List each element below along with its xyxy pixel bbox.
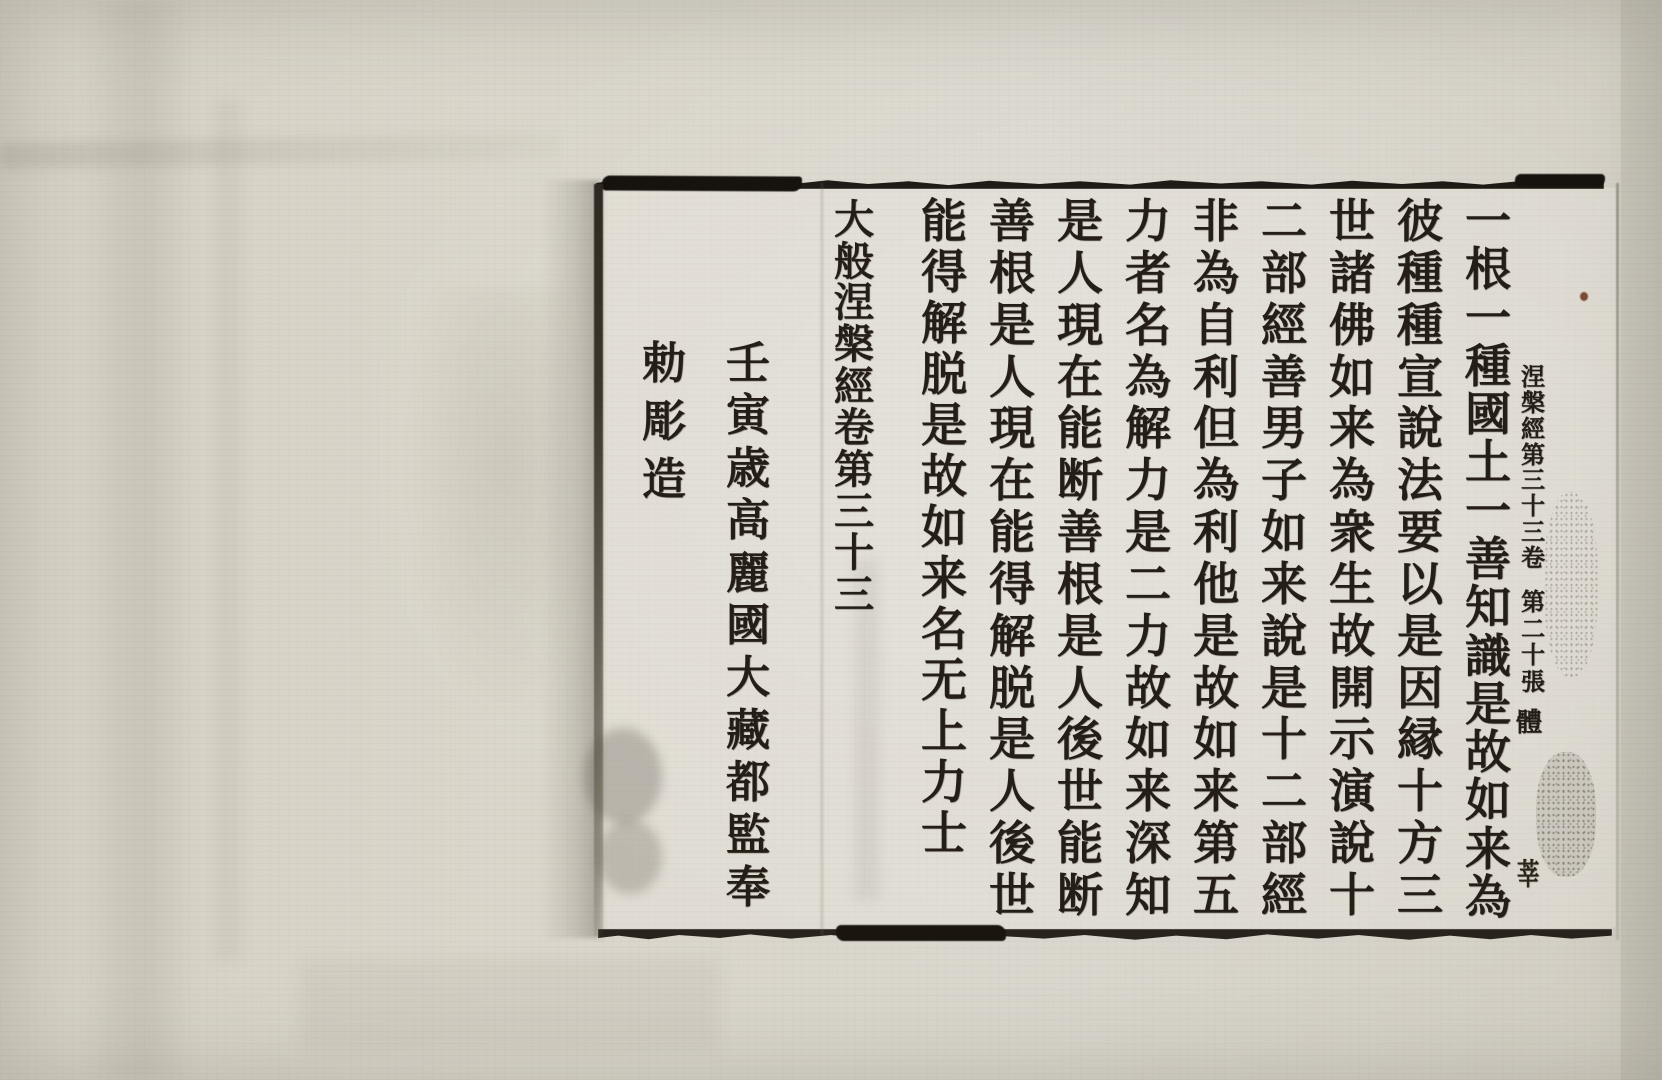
glyph: 涅 <box>834 283 874 323</box>
glyph: 槃 <box>834 325 874 365</box>
paper-stain <box>215 100 241 960</box>
glyph: 佛 <box>1329 302 1375 348</box>
glyph: 部 <box>1261 820 1307 866</box>
ink-smudge-blob <box>598 820 662 894</box>
glyph: 能 <box>1057 405 1103 451</box>
glyph: 二 <box>1125 561 1171 607</box>
glyph: 卷 <box>1521 546 1545 570</box>
backing-paper-strip <box>1621 0 1662 1080</box>
glyph: 士 <box>921 810 967 856</box>
text-column-8: 善根是人現在能得解脱是人後世 <box>986 198 1038 918</box>
scanned-paper-background: 涅槃經第三十三卷 第二十張 體 莘 一根一種國土一善知識是故如来為 彼種種宣說法… <box>0 0 1662 1080</box>
glyph: 是 <box>921 402 967 448</box>
glyph: 来 <box>1465 826 1511 872</box>
glyph: 一 <box>1465 295 1511 341</box>
text-column-7: 是人現在能断善根是人後世能断 <box>1054 198 1106 918</box>
glyph: 張 <box>1521 670 1545 694</box>
glyph: 人 <box>989 354 1035 400</box>
glyph: 宣 <box>1397 354 1443 400</box>
glyph: 根 <box>1057 561 1103 607</box>
glyph: 如 <box>1125 716 1171 762</box>
glyph: 演 <box>1329 768 1375 814</box>
glyph: 為 <box>1193 457 1239 503</box>
glyph: 五 <box>1193 872 1239 918</box>
glyph: 高 <box>726 499 770 543</box>
sheet-edge-line <box>1616 183 1619 940</box>
glyph: 第 <box>1521 443 1545 467</box>
glyph: 都 <box>726 761 770 805</box>
glyph: 力 <box>1125 198 1171 244</box>
glyph: 解 <box>989 613 1035 659</box>
page-border-left <box>594 184 603 936</box>
glyph: 深 <box>1125 820 1171 866</box>
glyph: 部 <box>1261 250 1307 296</box>
glyph: 世 <box>1329 198 1375 244</box>
text-column-4: 二部經善男子如来說是十二部經 <box>1258 198 1310 918</box>
glyph: 得 <box>989 561 1035 607</box>
glyph: 如 <box>1261 509 1307 555</box>
glyph: 方 <box>1397 820 1443 866</box>
glyph: 卷 <box>834 408 874 448</box>
glyph: 十 <box>1329 872 1375 918</box>
glyph: 勅 <box>642 342 686 386</box>
glyph: 生 <box>1329 561 1375 607</box>
glyph: 國 <box>726 604 770 648</box>
glyph: 三 <box>1521 468 1545 492</box>
glyph: 人 <box>989 768 1035 814</box>
glyph: 說 <box>1261 613 1307 659</box>
glyph: 後 <box>1057 716 1103 762</box>
glyph: 来 <box>1125 768 1171 814</box>
glyph: 故 <box>1329 613 1375 659</box>
glyph: 經 <box>1261 302 1307 348</box>
glyph: 開 <box>1329 665 1375 711</box>
glyph: 善 <box>1057 509 1103 555</box>
glyph: 示 <box>1329 716 1375 762</box>
glyph: 是 <box>989 716 1035 762</box>
glyph: 涅 <box>1521 365 1545 389</box>
glyph: 来 <box>1329 405 1375 451</box>
glyph: 奉 <box>726 866 770 910</box>
glyph: 識 <box>1465 633 1511 679</box>
glyph: 他 <box>1193 561 1239 607</box>
glyph: 藏 <box>726 709 770 753</box>
glyph: 知 <box>1465 584 1511 630</box>
glyph: 三 <box>1521 520 1545 544</box>
glyph: 現 <box>989 405 1035 451</box>
glyph: 力 <box>921 759 967 805</box>
glyph: 為 <box>1329 457 1375 503</box>
glyph: 歳 <box>726 447 770 491</box>
glyph: 是 <box>1397 613 1443 659</box>
glyph: 子 <box>1261 457 1307 503</box>
header-box-character: 體 <box>1516 710 1542 736</box>
glyph: 彼 <box>1397 198 1443 244</box>
glyph: 一 <box>1465 198 1511 244</box>
glyph: 能 <box>989 509 1035 555</box>
glyph: 大 <box>834 200 874 240</box>
glyph: 槃 <box>1521 391 1545 415</box>
glyph: 壬 <box>726 342 770 386</box>
engraver-mark: 莘 <box>1517 860 1539 890</box>
glyph: 一 <box>1465 488 1511 534</box>
glyph: 十 <box>1521 494 1545 518</box>
brown-spot <box>1580 292 1588 301</box>
glyph: 衆 <box>1329 509 1375 555</box>
glyph: 二 <box>1261 768 1307 814</box>
glyph: 造 <box>642 458 686 502</box>
glyph: 種 <box>1397 302 1443 348</box>
glyph: 故 <box>1465 729 1511 775</box>
glyph: 麗 <box>726 552 770 596</box>
glyph: 經 <box>1521 417 1545 441</box>
glyph: 大 <box>726 656 770 700</box>
glyph: 十 <box>1521 643 1545 667</box>
header-volume-label: 涅槃經第三十三卷 <box>1518 365 1548 570</box>
glyph: 為 <box>1465 874 1511 920</box>
text-column-6: 力者名為解力是二力故如来深知 <box>1122 198 1174 918</box>
glyph: 因 <box>1397 665 1443 711</box>
colophon-line-1: 壬寅歳高麗國大藏都監奉 <box>722 342 774 910</box>
glyph: 断 <box>1057 872 1103 918</box>
glyph: 力 <box>1125 457 1171 503</box>
glyph: 世 <box>1057 768 1103 814</box>
glyph: 彫 <box>642 400 686 444</box>
glyph: 名 <box>1125 302 1171 348</box>
glyph: 是 <box>1465 681 1511 727</box>
glyph: 能 <box>1057 820 1103 866</box>
glyph: 十 <box>1397 768 1443 814</box>
glyph: 力 <box>1125 613 1171 659</box>
glyph: 第 <box>1193 820 1239 866</box>
glyph: 是 <box>1057 198 1103 244</box>
glyph: 根 <box>1465 246 1511 292</box>
glyph: 非 <box>1193 198 1239 244</box>
glyph: 上 <box>921 708 967 754</box>
glyph: 解 <box>1125 405 1171 451</box>
glyph: 說 <box>1397 405 1443 451</box>
glyph: 利 <box>1193 509 1239 555</box>
text-column-9: 能得解脱是故如来名无上力士 <box>918 198 970 856</box>
text-column-5: 非為自利但為利他是故如来第五 <box>1190 198 1242 918</box>
glyph: 在 <box>1057 354 1103 400</box>
glyph: 世 <box>989 872 1035 918</box>
glyph: 利 <box>1193 354 1239 400</box>
glyph: 第 <box>834 450 874 490</box>
glyph: 但 <box>1193 405 1239 451</box>
text-column-1: 一根一種國土一善知識是故如来為 <box>1462 198 1514 920</box>
speckle-stain <box>1536 752 1596 877</box>
glyph: 根 <box>989 250 1035 296</box>
glyph: 故 <box>1125 665 1171 711</box>
fold-crease <box>821 182 823 936</box>
glyph: 三 <box>834 575 874 615</box>
glyph: 般 <box>834 242 874 282</box>
glyph: 三 <box>834 492 874 532</box>
glyph: 来 <box>1261 561 1307 607</box>
glyph: 現 <box>1057 302 1103 348</box>
glyph: 為 <box>1193 250 1239 296</box>
glyph: 善 <box>1465 536 1511 582</box>
glyph: 来 <box>921 555 967 601</box>
glyph: 說 <box>1329 820 1375 866</box>
page-title-column: 大般涅槃經卷第三十三 <box>831 200 877 615</box>
glyph: 来 <box>1193 768 1239 814</box>
glyph: 第 <box>1521 590 1545 614</box>
glyph: 縁 <box>1397 716 1443 762</box>
page-border-top-blob <box>1515 174 1605 187</box>
glyph: 寅 <box>726 394 770 438</box>
text-column-2: 彼種種宣說法要以是因縁十方三 <box>1394 198 1446 918</box>
glyph: 得 <box>921 249 967 295</box>
glyph: 三 <box>1397 872 1443 918</box>
glyph: 種 <box>1465 343 1511 389</box>
glyph: 能 <box>921 198 967 244</box>
glyph: 善 <box>1261 354 1307 400</box>
glyph: 人 <box>1057 250 1103 296</box>
glyph: 種 <box>1397 250 1443 296</box>
glyph: 為 <box>1125 354 1171 400</box>
glyph: 如 <box>921 504 967 550</box>
glyph: 如 <box>1329 354 1375 400</box>
glyph: 十 <box>834 533 874 573</box>
text-column-3: 世諸佛如来為衆生故開示演說十 <box>1326 198 1378 918</box>
glyph: 断 <box>1057 457 1103 503</box>
glyph: 名 <box>921 606 967 652</box>
glyph: 在 <box>989 457 1035 503</box>
glyph: 國 <box>1465 391 1511 437</box>
glyph: 土 <box>1465 439 1511 485</box>
glyph: 故 <box>1193 665 1239 711</box>
glyph: 解 <box>921 300 967 346</box>
glyph: 二 <box>1261 198 1307 244</box>
glyph: 經 <box>834 367 874 407</box>
glyph: 者 <box>1125 250 1171 296</box>
glyph: 是 <box>1125 509 1171 555</box>
page-border-bottom-blob <box>836 925 1006 941</box>
colophon-line-2: 勅彫造 <box>638 342 690 502</box>
glyph: 脱 <box>921 351 967 397</box>
glyph: 故 <box>921 453 967 499</box>
glyph: 是 <box>989 302 1035 348</box>
glyph: 是 <box>1193 613 1239 659</box>
glyph: 諸 <box>1329 250 1375 296</box>
glyph: 後 <box>989 820 1035 866</box>
glyph: 二 <box>1521 617 1545 641</box>
glyph: 脱 <box>989 665 1035 711</box>
glyph: 十 <box>1261 716 1307 762</box>
page-border-top-blob <box>602 175 802 191</box>
glyph: 要 <box>1397 509 1443 555</box>
glyph: 是 <box>1261 665 1307 711</box>
glyph: 善 <box>989 198 1035 244</box>
header-sheet-label: 第二十張 <box>1518 590 1548 694</box>
glyph: 知 <box>1125 872 1171 918</box>
paper-stain <box>300 960 720 1050</box>
glyph: 監 <box>726 814 770 858</box>
glyph: 自 <box>1193 302 1239 348</box>
glyph: 无 <box>921 657 967 703</box>
glyph: 男 <box>1261 405 1307 451</box>
glyph: 如 <box>1193 716 1239 762</box>
glyph: 人 <box>1057 665 1103 711</box>
speckle-stain <box>1544 492 1598 677</box>
glyph: 是 <box>1057 613 1103 659</box>
glyph: 法 <box>1397 457 1443 503</box>
glyph: 以 <box>1397 561 1443 607</box>
page-border-bottom <box>598 929 1612 941</box>
glyph: 經 <box>1261 872 1307 918</box>
glyph: 如 <box>1465 777 1511 823</box>
